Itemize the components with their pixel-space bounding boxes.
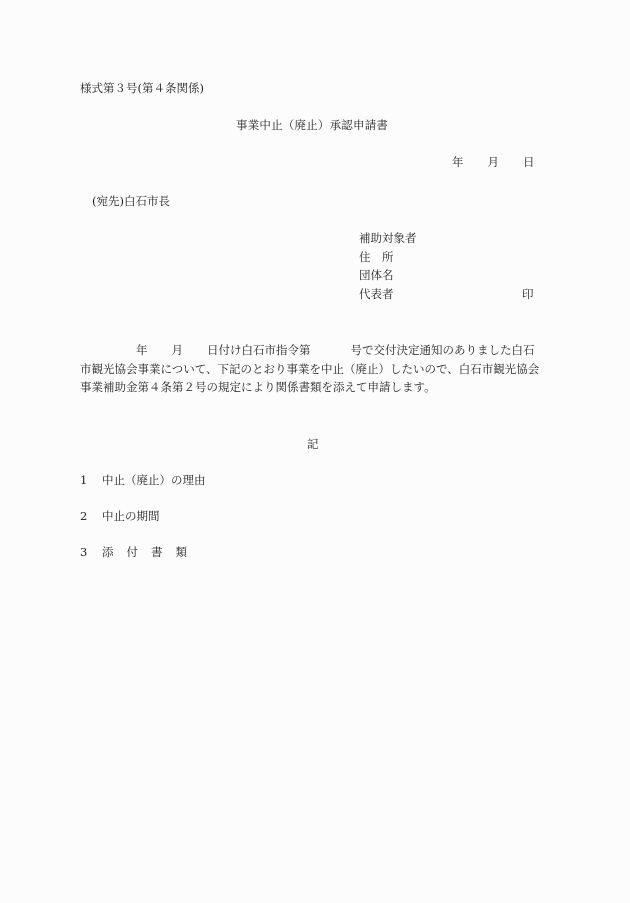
ki-heading: 記 [307,437,319,451]
addressee: (宛先)白石市長 [92,194,170,208]
body-year-label: 年 [136,343,148,357]
list-item: 1 中止（廃止）の理由 [80,473,206,509]
date-year-label: 年 [452,155,464,169]
body-directive-text: 日付け白石市指令第 [207,343,311,357]
document-title: 事業中止（廃止）承認申請書 [236,118,388,132]
list-item: 3 添付書類 [80,545,206,581]
applicant-block: 補助対象者 住 所 団体名 代表者 印 [359,231,539,305]
item-label: 中止の期間 [102,509,160,545]
body-month-label: 月 [172,343,184,357]
body-line-2: 市観光協会事業について、下記のとおり事業を中止（廃止）したいので、白石市観光協会 [80,360,550,379]
item-number: 2 [80,509,102,545]
seal-label: 印 [522,287,534,301]
item-label: 中止（廃止）の理由 [102,473,206,509]
body-line-1: 年月日付け白石市指令第号で交付決定通知のありました白石 [80,341,550,360]
organization-label: 団体名 [359,268,539,287]
list-item: 2 中止の期間 [80,509,206,545]
address-label: 住 所 [359,250,539,269]
item-number: 3 [80,545,102,581]
body-line-1-end: 号で交付決定通知のありました白石 [351,343,535,357]
date-month-label: 月 [488,155,500,169]
date-day-label: 日 [523,155,535,169]
form-number: 様式第３号(第４条関係) [80,81,204,95]
representative-row: 代表者 印 [359,287,539,306]
item-list: 1 中止（廃止）の理由 2 中止の期間 3 添付書類 [80,473,206,581]
date-line: 年月日 [452,155,535,169]
applicant-heading: 補助対象者 [359,231,539,250]
body-paragraph: 年月日付け白石市指令第号で交付決定通知のありました白石 市観光協会事業について、… [80,341,550,397]
body-line-3: 事業補助金第４条第２号の規定により関係書類を添えて申請します。 [80,378,550,397]
representative-label: 代表者 [359,287,394,301]
item-number: 1 [80,473,102,509]
item-label: 添付書類 [102,545,200,581]
